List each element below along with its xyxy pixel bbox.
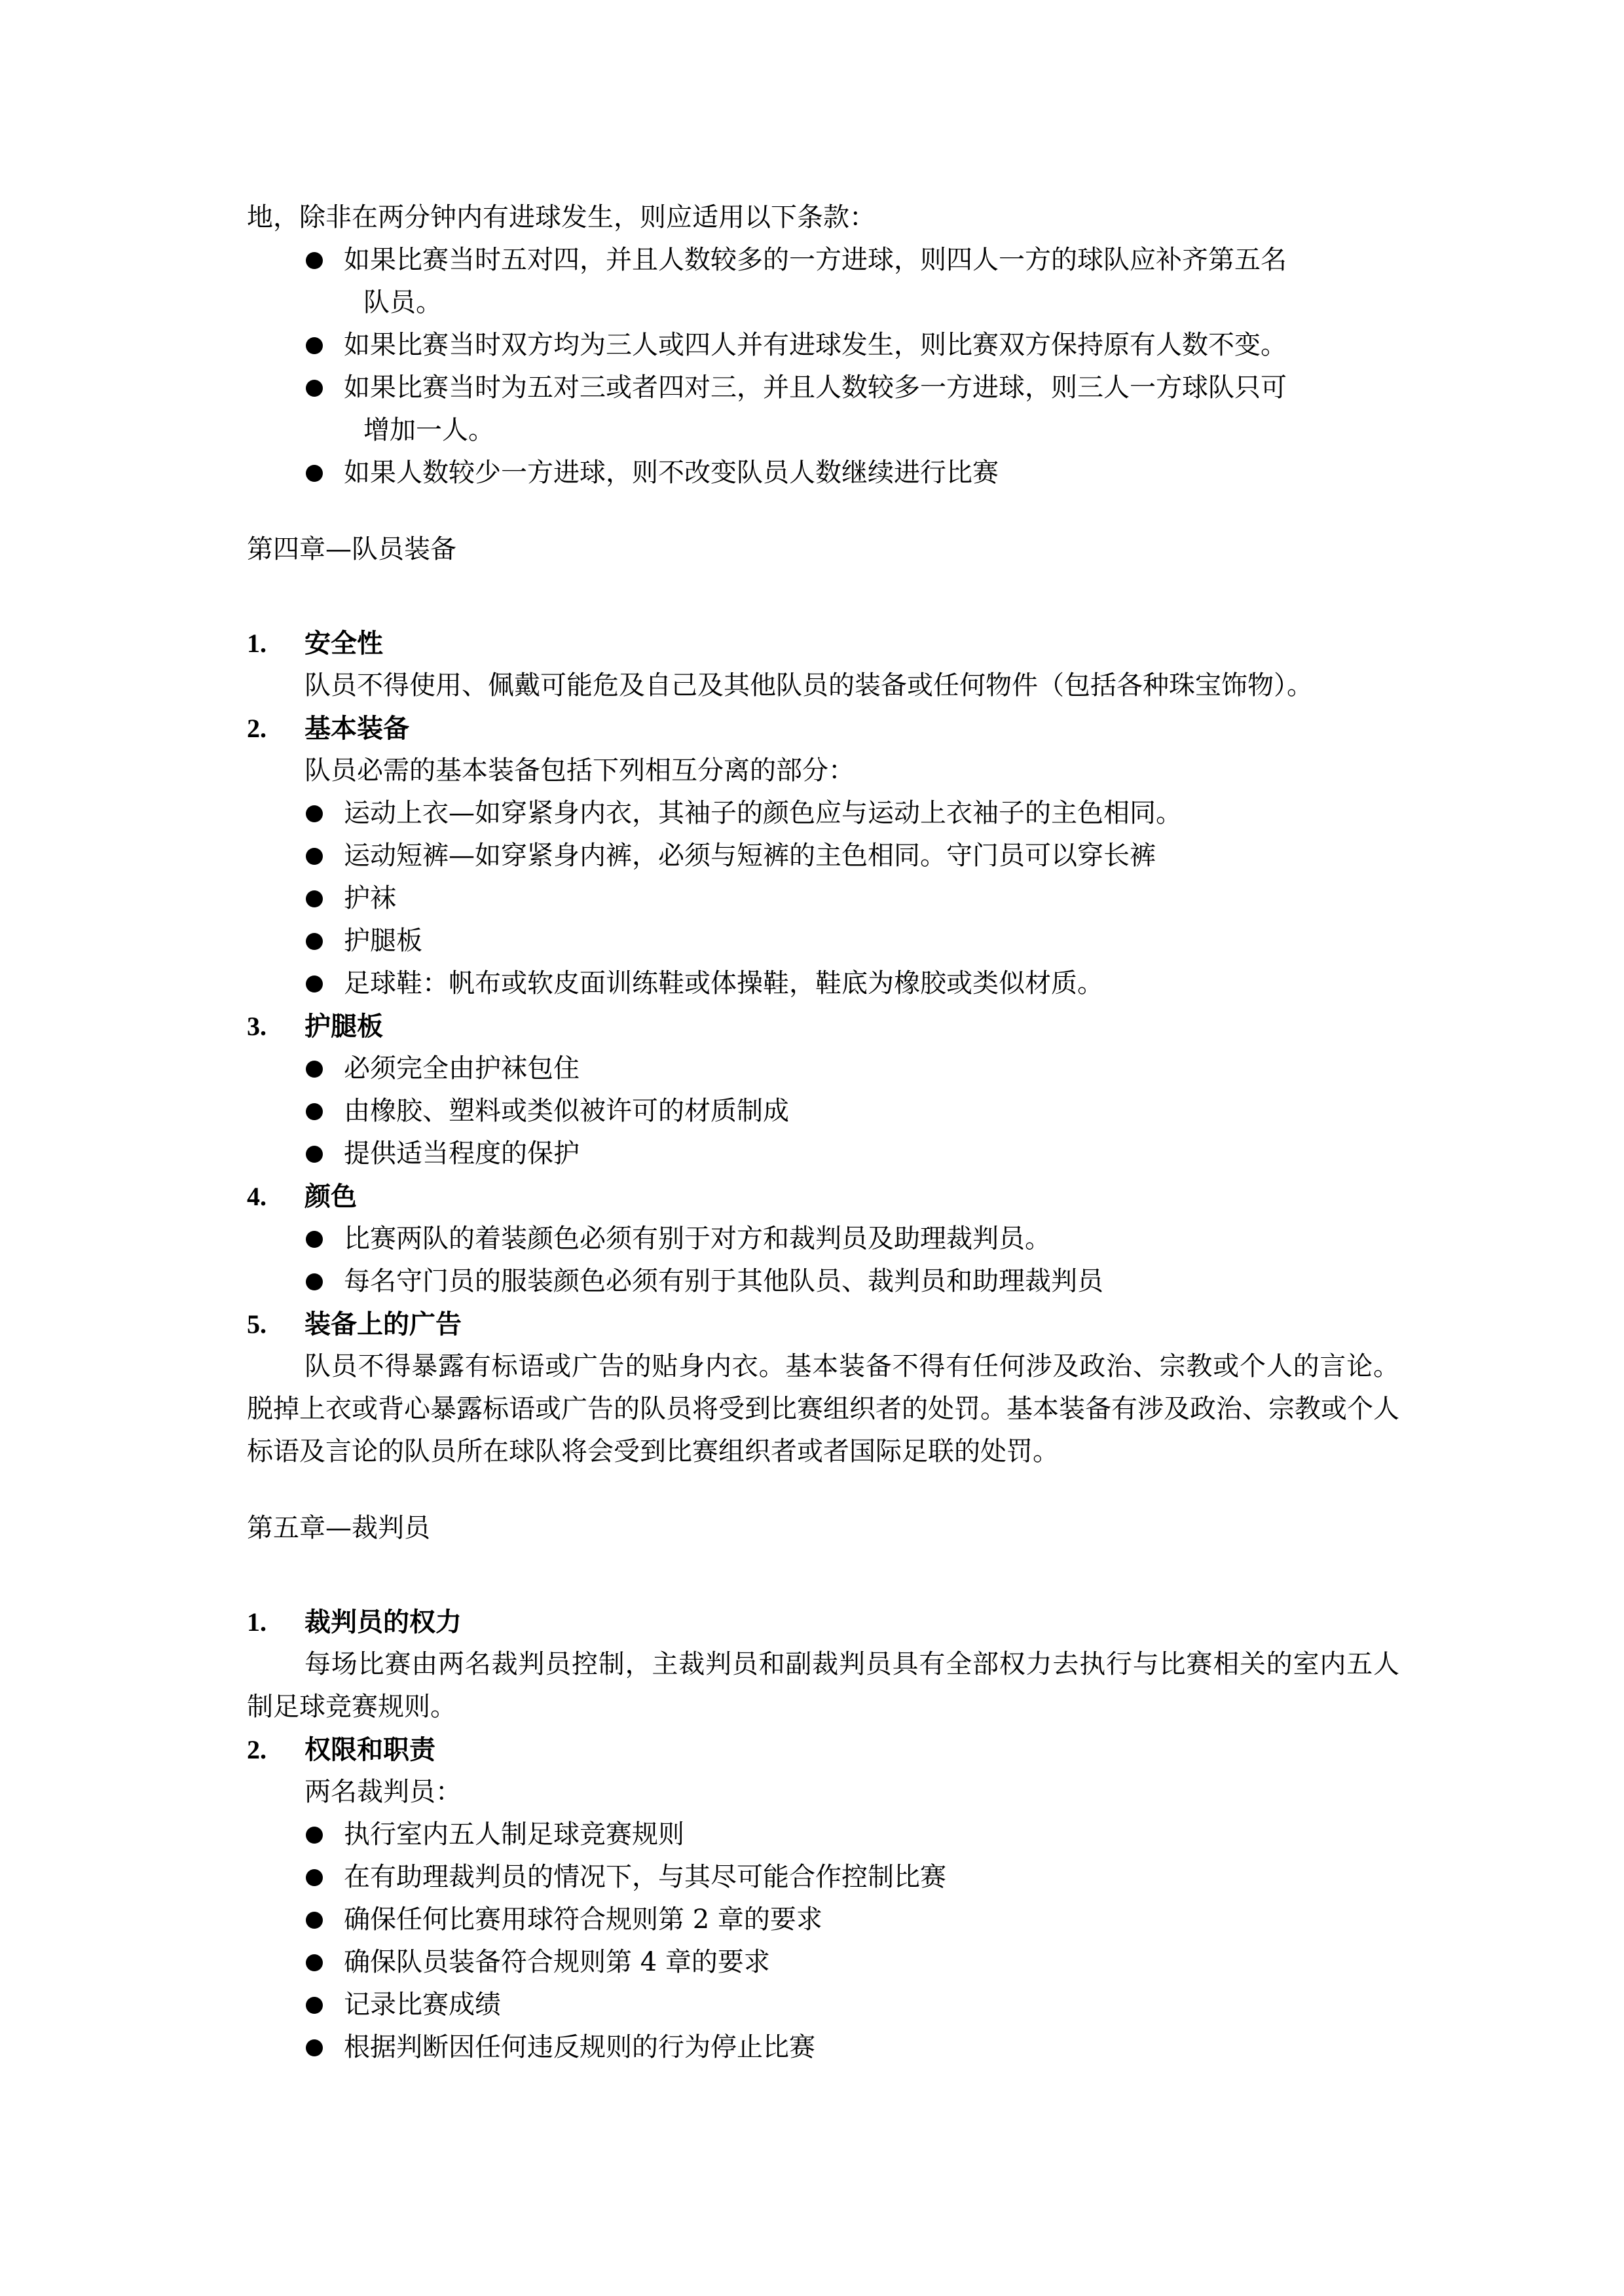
bullet-icon <box>306 805 323 822</box>
chapter-title: 第四章—队员装备 <box>247 528 1399 571</box>
bullet-icon <box>306 848 323 865</box>
bullet-icon <box>306 1997 323 2014</box>
bullet-icon <box>306 1827 323 1844</box>
section-body: 队员不得使用、佩戴可能危及自己及其他队员的装备或任何物件（包括各种珠宝饰物）。 <box>247 665 1399 707</box>
section-number: 3. <box>247 1005 267 1048</box>
section-paragraph: 每场比赛由两名裁判员控制，主裁判员和副裁判员具有全部权力去执行与比赛相关的室内五… <box>247 1643 1399 1728</box>
list-item: 护袜 <box>247 877 1399 920</box>
list-item: 根据判断因任何违反规则的行为停止比赛 <box>247 2026 1399 2069</box>
section-number: 1. <box>247 622 267 665</box>
bullet-icon <box>306 380 323 397</box>
bullet-icon <box>306 1061 323 1078</box>
bullet-icon <box>306 933 323 950</box>
chapter-title: 第五章—裁判员 <box>247 1507 1399 1550</box>
list-item: 确保队员装备符合规则第 4 章的要求 <box>247 1941 1399 1984</box>
bullet-icon <box>306 1273 323 1290</box>
section-number: 4. <box>247 1175 267 1218</box>
list-item: 提供适当程度的保护 <box>247 1133 1399 1175</box>
list-item: 在有助理裁判员的情况下，与其尽可能合作控制比赛 <box>247 1856 1399 1899</box>
section-number: 5. <box>247 1303 267 1345</box>
list-item: 比赛两队的着装颜色必须有别于对方和裁判员及助理裁判员。 <box>247 1218 1399 1260</box>
bullet-icon <box>306 1954 323 1971</box>
section-number: 2. <box>247 707 267 750</box>
list-item: 运动上衣—如穿紧身内衣，其袖子的颜色应与运动上衣袖子的主色相同。 <box>247 792 1399 835</box>
bullet-icon <box>306 1231 323 1248</box>
section-heading: 1. 安全性 <box>247 622 1399 665</box>
bullet-icon <box>306 1146 323 1163</box>
list-item: 由橡胶、塑料或类似被许可的材质制成 <box>247 1090 1399 1133</box>
section-paragraph: 队员不得暴露有标语或广告的贴身内衣。基本装备不得有任何涉及政治、宗教或个人的言论… <box>247 1345 1399 1473</box>
list-item: 如果比赛当时为五对三或者四对三，并且人数较多一方进球，则三人一方球队只可 增加一… <box>247 367 1399 452</box>
section-body: 两名裁判员： <box>247 1771 1399 1813</box>
bullet-icon <box>306 1912 323 1929</box>
list-item: 如果比赛当时双方均为三人或四人并有进球发生，则比赛双方保持原有人数不变。 <box>247 324 1399 367</box>
section-heading: 5. 装备上的广告 <box>247 1303 1399 1345</box>
section-heading: 3. 护腿板 <box>247 1005 1399 1048</box>
document-page: 地，除非在两分钟内有进球发生，则应适用以下条款： 如果比赛当时五对四，并且人数较… <box>247 196 1399 2069</box>
bullet-icon <box>306 252 323 269</box>
section-heading: 4. 颜色 <box>247 1175 1399 1218</box>
list-item: 护腿板 <box>247 920 1399 962</box>
list-item: 记录比赛成绩 <box>247 1984 1399 2026</box>
section-heading: 2. 权限和职责 <box>247 1728 1399 1771</box>
intro-lead: 地，除非在两分钟内有进球发生，则应适用以下条款： <box>247 196 1399 239</box>
section-heading: 2. 基本装备 <box>247 707 1399 750</box>
bullet-icon <box>306 1103 323 1120</box>
list-item: 执行室内五人制足球竞赛规则 <box>247 1813 1399 1856</box>
list-item: 每名守门员的服装颜色必须有别于其他队员、裁判员和助理裁判员 <box>247 1260 1399 1303</box>
list-item: 确保任何比赛用球符合规则第 2 章的要求 <box>247 1899 1399 1941</box>
list-item: 运动短裤—如穿紧身内裤，必须与短裤的主色相同。守门员可以穿长裤 <box>247 835 1399 877</box>
list-item: 如果比赛当时五对四，并且人数较多的一方进球，则四人一方的球队应补齐第五名 队员。 <box>247 239 1399 324</box>
section-heading: 1. 裁判员的权力 <box>247 1601 1399 1643</box>
bullet-icon <box>306 1869 323 1886</box>
bullet-icon <box>306 890 323 907</box>
bullet-icon <box>306 465 323 482</box>
bullet-icon <box>306 975 323 993</box>
list-item: 足球鞋：帆布或软皮面训练鞋或体操鞋，鞋底为橡胶或类似材质。 <box>247 962 1399 1005</box>
bullet-icon <box>306 2039 323 2056</box>
section-number: 1. <box>247 1601 267 1643</box>
section-number: 2. <box>247 1728 267 1771</box>
list-item: 如果人数较少一方进球，则不改变队员人数继续进行比赛 <box>247 452 1399 494</box>
section-body: 队员必需的基本装备包括下列相互分离的部分： <box>247 750 1399 792</box>
bullet-icon <box>306 337 323 354</box>
list-item: 必须完全由护袜包住 <box>247 1048 1399 1090</box>
